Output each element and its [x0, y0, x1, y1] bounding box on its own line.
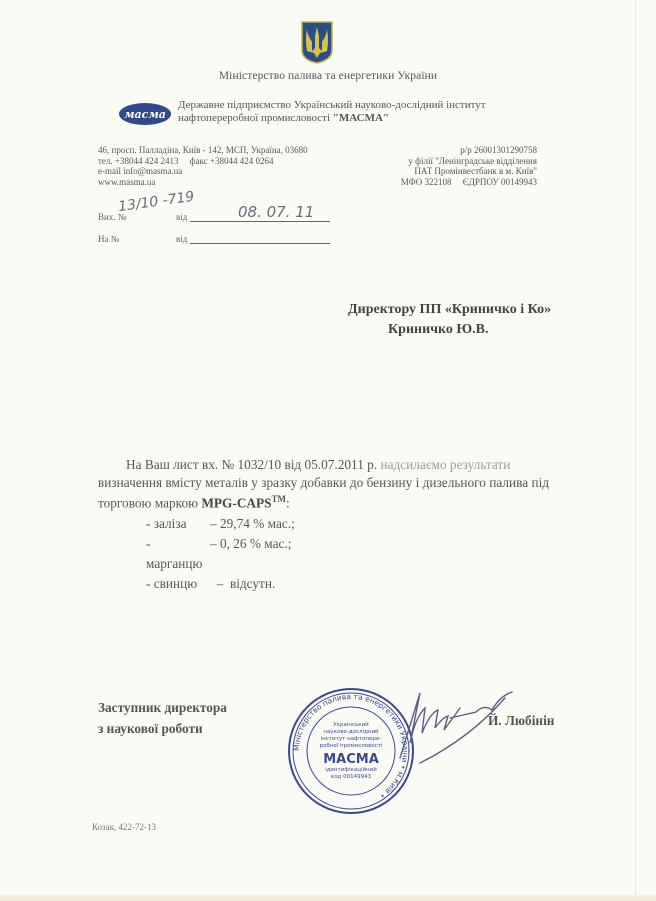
result-row: - марганцю– 0, 26 % мас.; [146, 534, 295, 574]
outgoing-date: 08. 07. 11 [238, 203, 314, 221]
tryzub-coat-of-arms-icon [300, 20, 334, 64]
page-edge [635, 0, 636, 901]
institute-name: Державне підприємство Український науков… [178, 99, 486, 124]
svg-text:робної промисловості: робної промисловості [320, 743, 383, 749]
results-list: - заліза– 29,74 % мас.; - марганцю– 0, 2… [146, 514, 295, 594]
incoming-date-line [190, 243, 330, 244]
page-bottom-edge [0, 895, 656, 901]
svg-text:ідентифікаційний: ідентифікаційний [325, 766, 377, 773]
bank-details: р/р 26001301290758 у філії "Ленінградськ… [380, 145, 537, 187]
result-row: - заліза– 29,74 % мас.; [146, 514, 295, 534]
brand-name: MPG-CAPS [201, 495, 271, 510]
executor-contact: Козак, 422-72-13 [92, 822, 156, 832]
svg-text:науково-дослідний: науково-дослідний [323, 728, 379, 735]
letter-body: На Ваш лист вх. № 1032/10 від 05.07.2011… [98, 456, 568, 512]
signatory-title: Заступник директора з наукової роботи [98, 697, 227, 739]
incoming-date-label: від [176, 234, 187, 244]
stamp-center-text: МАСМА [323, 752, 379, 767]
svg-text:код 00149943: код 00149943 [331, 774, 372, 780]
outgoing-date-label: від [176, 212, 187, 222]
svg-text:Український: Український [333, 721, 369, 728]
signatory-name: Й. Любінін [488, 713, 554, 729]
svg-text:інститут нафтопере-: інститут нафтопере- [321, 736, 381, 742]
masma-logo-icon: масма [118, 102, 172, 126]
incoming-number-label: На № [98, 234, 119, 244]
ministry-name: Міністерство палива та енергетики Україн… [0, 70, 656, 82]
addressee: Директору ПП «Криничко і Ко» Криничко Ю.… [348, 300, 551, 340]
outgoing-date-line [190, 221, 330, 222]
svg-text:масма: масма [124, 108, 166, 121]
contact-info: 46, просп. Палладіна, Київ - 142, МСП, У… [98, 145, 308, 187]
result-row: - свинцю – відсутн. [146, 574, 295, 594]
